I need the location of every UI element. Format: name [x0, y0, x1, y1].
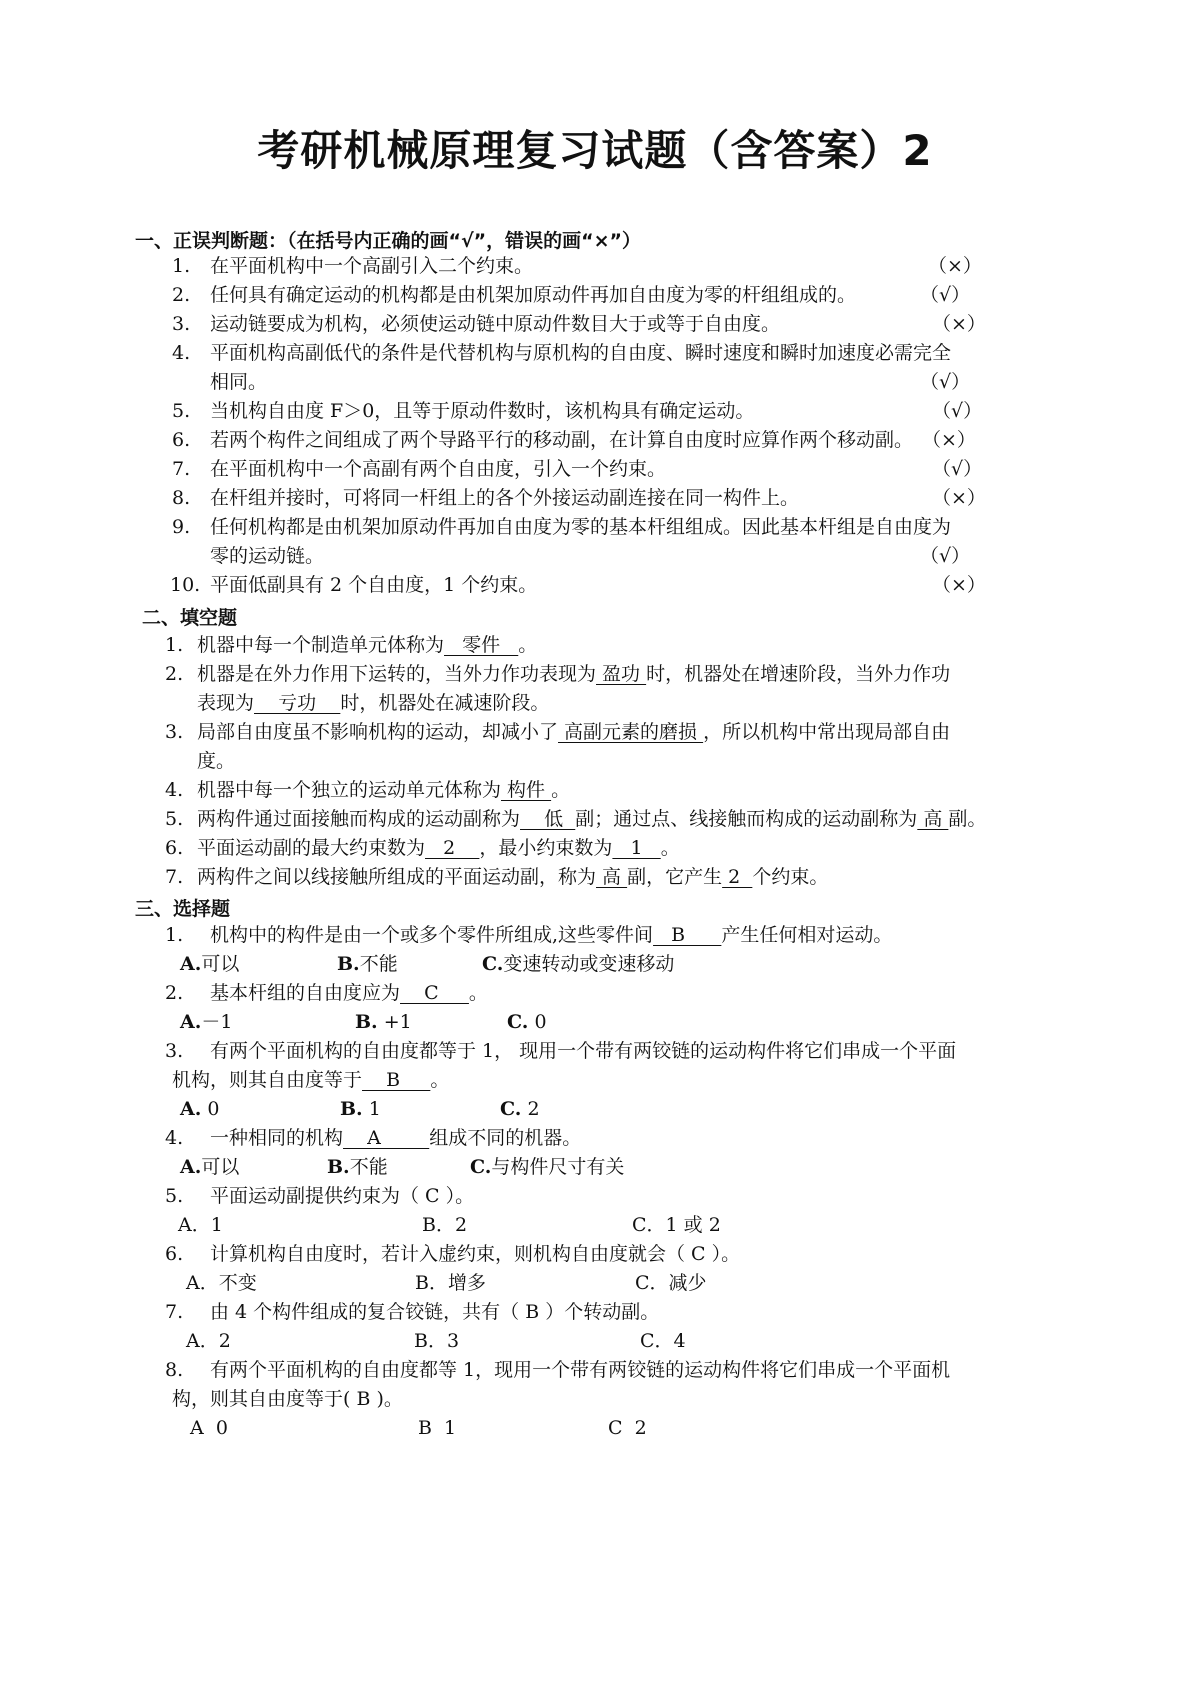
option-a: A. 0: [180, 1096, 220, 1122]
question-number: 4.: [172, 340, 190, 366]
answer-blank: 亏功: [254, 692, 340, 714]
question-text: 有两个平面机构的自由度都等 1，现用一个带有两铰链的运动构件将它们串成一个平面机: [210, 1357, 950, 1383]
answer-blank: A: [343, 1127, 429, 1149]
option-a: A．1: [178, 1212, 223, 1238]
page-title: 考研机械原理复习试题（含答案）2: [0, 118, 1190, 178]
question-number: 6.: [165, 1241, 183, 1267]
option-c: C．减少: [635, 1270, 707, 1296]
question-text: 由 4 个构件组成的复合铰链，共有（ B ）个转动副。: [210, 1299, 659, 1325]
question-text: 若两个构件之间组成了两个导路平行的移动副，在计算自由度时应算作两个移动副。: [210, 427, 913, 453]
question-text: 基本杆组的自由度应为 C 。: [210, 980, 488, 1006]
question-number: 1.: [165, 632, 183, 658]
question-number: 4.: [165, 1125, 183, 1151]
answer-blank: 低: [520, 808, 575, 830]
question-number: 7.: [165, 864, 183, 890]
option-c: C 2: [608, 1415, 647, 1441]
question-text: 当机构自由度 F＞0，且等于原动件数时，该机构具有确定运动。: [210, 398, 754, 424]
question-number: 2.: [165, 980, 183, 1006]
section-heading-true-false: 一、正误判断题：（在括号内正确的画“√”，错误的画“×”）: [135, 226, 641, 253]
question-text: 任何具有确定运动的机构都是由机架加原动件再加自由度为零的杆组组成的。: [210, 282, 856, 308]
question-text: 机器是在外力作用下运转的，当外力作功表现为 盈功 时，机器处在增速阶段，当外力作…: [197, 661, 950, 687]
question-text: 两构件通过面接触而构成的运动副称为 低 副；通过点、线接触而构成的运动副称为 高…: [197, 806, 986, 832]
option-c: C．4: [640, 1328, 686, 1354]
answer-blank: 2: [425, 837, 479, 859]
question-text: 任何机构都是由机架加原动件再加自由度为零的基本杆组组成。因此基本杆组是自由度为: [210, 514, 951, 540]
question-number: 1.: [172, 255, 190, 277]
question-number: 8.: [172, 485, 190, 511]
question-text: 有两个平面机构的自由度都等于 1， 现用一个带有两铰链的运动构件将它们串成一个平…: [210, 1038, 956, 1064]
option-c: C. 2: [500, 1096, 540, 1122]
question-text: 平面运动副提供约束为（ C ）。: [210, 1183, 474, 1209]
question-text: 平面低副具有 2 个自由度，1 个约束。: [210, 572, 537, 598]
question-text: 机构中的构件是由一个或多个零件所组成,这些零件间 B 产生任何相对运动。: [210, 922, 892, 948]
answer-mark: （√）: [932, 456, 982, 482]
question-number: 9.: [172, 514, 190, 540]
answer-mark: （√）: [920, 369, 970, 395]
answer-mark: （×）: [932, 572, 986, 598]
question-text-continued: 相同。: [210, 369, 267, 395]
question-number: 8.: [165, 1357, 183, 1383]
question-number: 4.: [165, 777, 183, 803]
question-number: 2.: [172, 282, 190, 308]
question-number: 3.: [165, 1038, 183, 1064]
answer-blank: 1: [612, 837, 660, 859]
question-text: 平面机构高副低代的条件是代替机构与原机构的自由度、瞬时速度和瞬时加速度必需完全: [210, 340, 951, 366]
option-c: C. 0: [507, 1009, 547, 1035]
question-text: 运动链要成为机构，必须使运动链中原动件数目大于或等于自由度。: [210, 311, 780, 337]
answer-blank: 零件: [444, 634, 518, 656]
question-item: 1.: [172, 253, 190, 279]
option-c: C．1 或 2: [632, 1212, 721, 1238]
answer-blank: 高副元素的磨损: [558, 721, 703, 743]
document-page: 考研机械原理复习试题（含答案）2 一、正误判断题：（在括号内正确的画“√”，错误…: [0, 0, 1190, 1683]
answer-mark: （√）: [932, 398, 982, 424]
option-a: A．不变: [186, 1270, 257, 1296]
option-c: C.与构件尺寸有关: [470, 1154, 624, 1180]
answer-blank: 高: [596, 866, 627, 888]
answer-mark: （√）: [920, 282, 970, 308]
answer-blank: C: [400, 982, 469, 1004]
option-b: B. +1: [355, 1009, 412, 1035]
question-text-continued: 构，则其自由度等于( B )。: [172, 1386, 403, 1412]
answer-blank: B: [362, 1069, 430, 1091]
question-number: 5.: [165, 1183, 183, 1209]
question-number: 3.: [165, 719, 183, 745]
answer-mark: （×）: [932, 311, 986, 337]
option-b: B. 1: [340, 1096, 381, 1122]
answer-mark: （×）: [928, 253, 982, 279]
question-number: 3.: [172, 311, 190, 337]
question-text: 两构件之间以线接触所组成的平面运动副，称为 高 副，它产生 2 个约束。: [197, 864, 828, 890]
section-heading-fill-blank: 二、填空题: [142, 603, 237, 630]
answer-blank: 构件: [501, 779, 551, 801]
answer-blank: B: [653, 924, 721, 946]
option-b: B．增多: [415, 1270, 486, 1296]
answer-blank: 2: [722, 866, 752, 888]
answer-mark: （×）: [922, 427, 976, 453]
option-b: B.不能: [327, 1154, 388, 1180]
option-a: A.可以: [180, 951, 239, 977]
question-text: 平面运动副的最大约束数为 2 ，最小约束数为 1 。: [197, 835, 680, 861]
option-a: A.可以: [180, 1154, 239, 1180]
question-text: 一种相同的机构 A 组成不同的机器。: [210, 1125, 581, 1151]
question-text-continued: 机构，则其自由度等于 B 。: [172, 1067, 449, 1093]
option-b: B 1: [418, 1415, 456, 1441]
question-number: 6.: [172, 427, 190, 453]
answer-mark: （×）: [932, 485, 986, 511]
answer-mark: （√）: [920, 543, 970, 569]
question-number: 10.: [170, 572, 200, 598]
question-text: 局部自由度虽不影响机构的运动，却减小了 高副元素的磨损 ，所以机构中常出现局部自…: [197, 719, 950, 745]
section-heading-multiple-choice: 三、选择题: [135, 894, 230, 921]
option-a: A 0: [190, 1415, 228, 1441]
option-b: B.不能: [337, 951, 398, 977]
question-number: 6.: [165, 835, 183, 861]
question-number: 1.: [165, 922, 183, 948]
question-number: 5.: [165, 806, 183, 832]
question-text: 在杆组并接时，可将同一杆组上的各个外接运动副连接在同一构件上。: [210, 485, 799, 511]
question-text-continued: 零的运动链。: [210, 543, 324, 569]
option-b: B．2: [422, 1212, 467, 1238]
option-a: A.－1: [180, 1009, 232, 1035]
question-text-continued: 表现为 亏功 时，机器处在减速阶段。: [197, 690, 549, 716]
option-a: A．2: [186, 1328, 231, 1354]
answer-blank: 盈功: [596, 663, 646, 685]
question-text: 在平面机构中一个高副引入二个约束。: [210, 253, 533, 279]
question-text: 机器中每一个制造单元体称为 零件 。: [197, 632, 537, 658]
question-number: 7.: [172, 456, 190, 482]
option-c: C.变速转动或变速移动: [482, 951, 674, 977]
question-text: 机器中每一个独立的运动单元体称为 构件 。: [197, 777, 570, 803]
answer-blank: 高: [917, 808, 948, 830]
option-b: B．3: [414, 1328, 459, 1354]
question-number: 7.: [165, 1299, 183, 1325]
question-number: 2.: [165, 661, 183, 687]
question-text: 计算机构自由度时，若计入虚约束，则机构自由度就会（ C ）。: [210, 1241, 740, 1267]
question-number: 5.: [172, 398, 190, 424]
question-text-continued: 度。: [197, 748, 235, 774]
question-text: 在平面机构中一个高副有两个自由度，引入一个约束。: [210, 456, 666, 482]
